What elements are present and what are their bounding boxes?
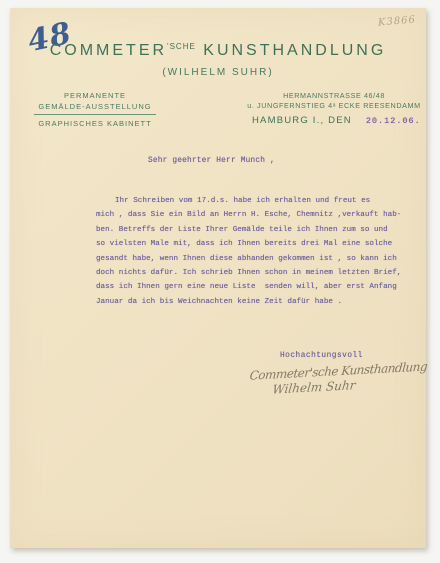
letterhead-subtitle: (WILHELM SUHR) xyxy=(10,67,426,78)
body-line: Ihr Schreiben vom 17.d.s. habe ich erhal… xyxy=(96,194,416,208)
body-line: mich , dass Sie ein Bild an Herrn H. Esc… xyxy=(96,208,416,222)
body-line: gesandt habe, wenn Ihnen diese abhanden … xyxy=(96,252,416,266)
exhibition-line-1: PERMANENTE xyxy=(32,90,158,101)
divider-rule xyxy=(34,114,156,115)
letter-paper: 48 K3866 COMMETER'SCHE KUNSTHANDLUNG (WI… xyxy=(10,8,426,548)
letterhead-title-rest: KUNSTHANDLUNG xyxy=(203,42,386,59)
address-info-block: HERMANNSTRASSE 46/48 u. JUNGFERNSTIEG 4ᵃ… xyxy=(238,91,430,126)
address-line-1: HERMANNSTRASSE 46/48 xyxy=(238,91,430,101)
body-line: dass ich Ihnen gern eine neue Liste send… xyxy=(96,280,416,294)
city-label: HAMBURG I., DEN xyxy=(252,116,352,126)
body-line: Januar da ich bis Weichnachten keine Zei… xyxy=(96,295,416,309)
closing-phrase: Hochachtungsvoll xyxy=(280,352,363,360)
catalog-number-annotation: K3866 xyxy=(378,14,417,28)
letterhead-title-main: COMMETER xyxy=(50,42,167,59)
address-line-2: u. JUNGFERNSTIEG 4ᵃ ECKE REESENDAMM xyxy=(238,101,430,111)
letter-body: Ihr Schreiben vom 17.d.s. habe ich erhal… xyxy=(96,194,416,309)
exhibition-info-block: PERMANENTE GEMÄLDE-AUSSTELLUNG GRAPHISCH… xyxy=(32,90,158,129)
handwritten-signature: Commeter'sche Kunsthandlung Wilhelm Suhr xyxy=(249,359,430,397)
letterhead-title-sup: 'SCHE xyxy=(167,42,196,51)
typed-date: 20.12.06. xyxy=(366,116,421,126)
exhibition-line-2: GEMÄLDE-AUSSTELLUNG xyxy=(32,101,158,112)
body-line: so vielsten Male mit, dass ich Ihnen ber… xyxy=(96,237,416,251)
exhibition-line-3: GRAPHISCHES KABINETT xyxy=(32,118,158,129)
letterhead-title: COMMETER'SCHE KUNSTHANDLUNG xyxy=(10,42,426,60)
city-date-line: HAMBURG I., DEN 20.12.06. xyxy=(238,116,430,126)
body-line: doch nichts dafür. Ich schrieb Ihnen sch… xyxy=(96,266,416,280)
scanned-letter: 48 K3866 COMMETER'SCHE KUNSTHANDLUNG (WI… xyxy=(0,0,440,563)
body-line: ben. Betreffs der Liste Ihrer Gemälde te… xyxy=(96,223,416,237)
salutation: Sehr geehrter Herr Munch , xyxy=(148,157,275,165)
